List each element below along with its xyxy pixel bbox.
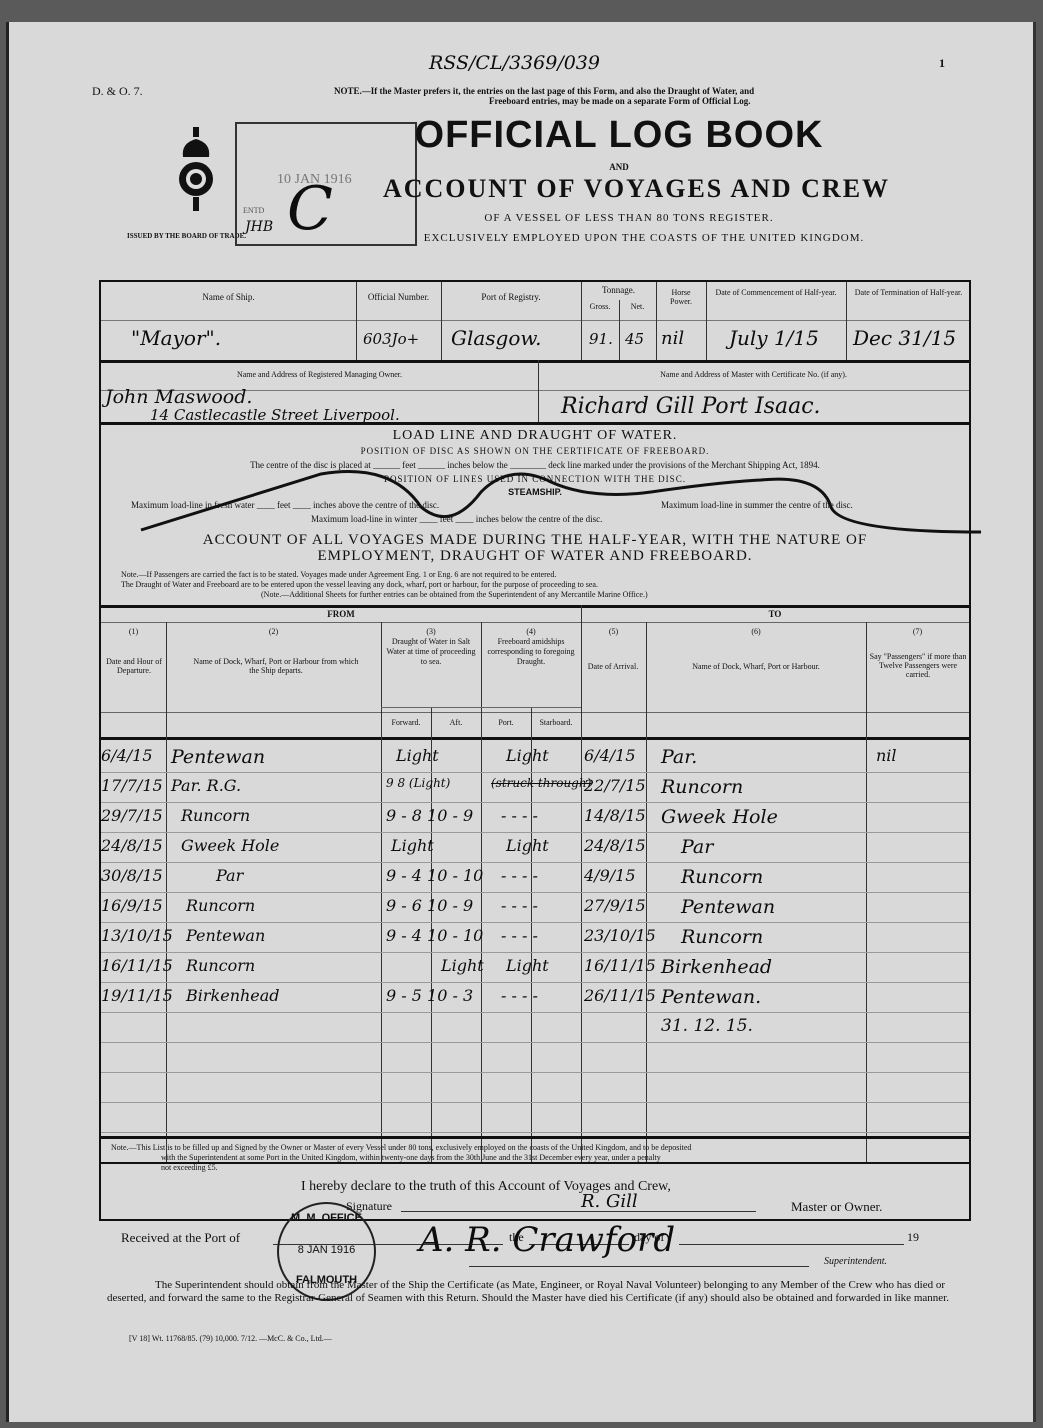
cell-departure: 24/8/15 xyxy=(101,836,163,855)
cell-from: Runcorn xyxy=(186,896,255,915)
cell-arrival: 27/9/15 xyxy=(584,896,646,915)
received-label: Received at the Port of xyxy=(121,1230,240,1246)
header-to-port: Name of Dock, Wharf, Port or Harbour. xyxy=(661,662,851,671)
label-horse-power: Horse Power. xyxy=(661,288,701,306)
page-title: OFFICIAL LOG BOOK xyxy=(369,114,869,157)
cell-arrival: 16/11/15 xyxy=(584,956,656,975)
col-number-6: (6) xyxy=(646,627,866,636)
superintendent-line xyxy=(469,1266,809,1267)
owner-name: John Maswood. xyxy=(105,388,400,406)
master-or-owner: Master or Owner. xyxy=(791,1199,882,1215)
cell-departure: 30/8/15 xyxy=(101,866,163,885)
cell-freeboard: - - - - xyxy=(501,926,538,945)
label-owner: Name and Address of Registered Managing … xyxy=(101,370,538,379)
cell-draught: 9 - 5 10 - 3 xyxy=(386,986,473,1005)
cell-to: Pentewan. xyxy=(661,986,761,1008)
owner-address: 14 Castlecastle Street Liverpool. xyxy=(105,406,400,424)
cell-passengers: nil xyxy=(876,746,897,765)
cell-arrival: 23/10/15 xyxy=(584,926,656,945)
value-official-number: 603Jo+ xyxy=(363,330,419,348)
header-note-line-1: NOTE.—If the Master prefers it, the entr… xyxy=(334,86,954,96)
label-net: Net. xyxy=(619,302,656,311)
cell-draught: 9 - 6 10 - 9 xyxy=(386,896,473,915)
group-from: FROM xyxy=(101,609,581,619)
royal-crest-icon xyxy=(177,127,215,222)
footer-note-3: not exceeding £5. xyxy=(111,1163,961,1173)
superintendent-label: Superintendent. xyxy=(824,1256,887,1267)
closing-date: 31. 12. 15. xyxy=(661,1016,753,1036)
label-gross: Gross. xyxy=(581,302,619,311)
cell-arrival: 26/11/15 xyxy=(584,986,656,1005)
account-note-2: The Draught of Water and Freeboard are t… xyxy=(121,580,961,590)
cell-freeboard: - - - - xyxy=(501,806,538,825)
value-net: 45 xyxy=(625,330,644,348)
printer-imprint: [V 18] Wt. 11768/85. (79) 10,000. 7/12. … xyxy=(129,1334,332,1343)
cell-from: Par. R.G. xyxy=(171,776,241,795)
cell-departure: 16/11/15 xyxy=(101,956,173,975)
col-number-2: (2) xyxy=(166,627,381,636)
col-number-5: (5) xyxy=(581,627,646,636)
account-note-1: Note.—If Passengers are carried the fact… xyxy=(121,570,961,580)
account-title-line-1: ACCOUNT OF ALL VOYAGES MADE DURING THE H… xyxy=(101,532,969,548)
cell-from: Par xyxy=(216,866,243,885)
cell-arrival: 14/8/15 xyxy=(584,806,646,825)
group-to: TO xyxy=(581,609,969,619)
cell-from: Pentewan xyxy=(186,926,265,945)
header-draught: Draught of Water in Salt Water at time o… xyxy=(383,637,479,667)
value-master: Richard Gill Port Isaac. xyxy=(561,394,821,419)
signature-line xyxy=(401,1211,756,1212)
subtitle-line-1: OF A VESSEL OF LESS THAN 80 TONS REGISTE… xyxy=(419,212,839,224)
cell-to: Par xyxy=(681,836,713,858)
cell-freeboard: Light xyxy=(506,836,549,855)
cell-freeboard: - - - - xyxy=(501,986,538,1005)
cell-to: Runcorn xyxy=(681,926,763,948)
cell-from: Gweek Hole xyxy=(181,836,279,855)
page-subtitle: ACCOUNT OF VOYAGES AND CREW xyxy=(334,174,939,204)
header-port: Port. xyxy=(481,718,531,727)
superintendent-instructions: The Superintendent should obtain from th… xyxy=(107,1279,967,1305)
page-number: 1 xyxy=(939,56,945,71)
cell-to: Runcorn xyxy=(681,866,763,888)
cell-from: Pentewan xyxy=(171,746,265,768)
label-official-number: Official Number. xyxy=(356,292,441,302)
cell-freeboard: - - - - xyxy=(501,896,538,915)
label-termination: Date of Termination of Half-year. xyxy=(851,288,966,297)
label-master: Name and Address of Master with Certific… xyxy=(538,370,969,379)
label-ship-name: Name of Ship. xyxy=(101,292,356,302)
label-port-of-registry: Port of Registry. xyxy=(441,292,581,302)
value-port-of-registry: Glasgow. xyxy=(451,326,542,350)
signature-value: R. Gill xyxy=(581,1191,638,1212)
received-month-line xyxy=(679,1244,904,1245)
cell-departure: 17/7/15 xyxy=(101,776,163,795)
account-note-3: (Note.—Additional Sheets for further ent… xyxy=(121,590,961,600)
form-box: Name of Ship. Official Number. Port of R… xyxy=(99,280,971,1164)
account-notes: Note.—If Passengers are carried the fact… xyxy=(121,570,961,600)
col-number-4: (4) xyxy=(481,627,581,636)
cell-arrival: 24/8/15 xyxy=(584,836,646,855)
header-departure: Date and Hour of Departure. xyxy=(105,657,163,675)
form-code: D. & O. 7. xyxy=(92,84,143,99)
account-title-line-2: EMPLOYMENT, DRAUGHT OF WATER AND FREEBOA… xyxy=(101,548,969,564)
header-starboard: Starboard. xyxy=(531,718,581,727)
cell-to: Gweek Hole xyxy=(661,806,778,828)
value-owner: John Maswood. 14 Castlecastle Street Liv… xyxy=(105,388,400,424)
cell-draught: Light xyxy=(441,956,484,975)
cell-freeboard: Light xyxy=(506,956,549,975)
cell-to: Birkenhead xyxy=(661,956,772,978)
footer-note: Note.—This List is to be filled up and S… xyxy=(111,1143,961,1173)
superintendent-signature: A. R. Crawford xyxy=(419,1220,675,1260)
header-arrival: Date of Arrival. xyxy=(583,662,643,671)
cell-draught: 9 - 8 10 - 9 xyxy=(386,806,473,825)
label-commencement: Date of Commencement of Half-year. xyxy=(711,288,841,297)
cancel-scribble-icon xyxy=(121,452,981,542)
header-note: NOTE.—If the Master prefers it, the entr… xyxy=(334,86,954,106)
stamp-date-text: 8 JAN 1916 xyxy=(279,1244,374,1256)
footer-note-2: with the Superintendent at some Port in … xyxy=(111,1153,961,1163)
load-line-title: LOAD LINE AND DRAUGHT OF WATER. xyxy=(101,428,969,444)
cell-to: Runcorn xyxy=(661,776,743,798)
stamp-office-text: M. M. OFFICE xyxy=(279,1212,374,1224)
col-number-7: (7) xyxy=(866,627,969,636)
declaration-box: Note.—This List is to be filled up and S… xyxy=(99,1136,971,1221)
value-horse-power: nil xyxy=(661,328,684,349)
cell-draught: 9 - 4 10 - 10 xyxy=(386,926,483,945)
cell-departure: 6/4/15 xyxy=(101,746,153,765)
cell-from: Birkenhead xyxy=(186,986,280,1005)
stamp-mark: C xyxy=(287,174,333,244)
cell-departure: 16/9/15 xyxy=(101,896,163,915)
header-aft: Aft. xyxy=(431,718,481,727)
header-forward: Forward. xyxy=(381,718,431,727)
cell-departure: 29/7/15 xyxy=(101,806,163,825)
header-note-line-2: Freeboard entries, may be made on a sepa… xyxy=(334,96,954,106)
value-termination: Dec 31/15 xyxy=(853,326,956,350)
cell-to: Pentewan xyxy=(681,896,775,918)
subtitle-line-2: EXCLUSIVELY EMPLOYED UPON THE COASTS OF … xyxy=(364,232,924,244)
cell-arrival: 4/9/15 xyxy=(584,866,636,885)
header-passengers: Say "Passengers" if more than Twelve Pas… xyxy=(869,652,967,679)
cell-freeboard: Light xyxy=(506,746,549,765)
cell-from: Runcorn xyxy=(186,956,255,975)
col-number-3: (3) xyxy=(381,627,481,636)
received-year: 19 xyxy=(907,1230,919,1245)
stamp-initials: JHB xyxy=(245,219,273,235)
value-ship-name: "Mayor". xyxy=(131,326,221,350)
cell-arrival: 22/7/15 xyxy=(584,776,646,795)
cell-departure: 13/10/15 xyxy=(101,926,173,945)
cell-draught: Light xyxy=(391,836,434,855)
cell-freeboard: (struck through) xyxy=(491,776,591,790)
account-title: ACCOUNT OF ALL VOYAGES MADE DURING THE H… xyxy=(101,532,969,564)
header-freeboard: Freeboard amidships corresponding to for… xyxy=(483,637,579,667)
cell-draught: 9 - 4 10 - 10 xyxy=(386,866,483,885)
received-stamp-label: ENTD xyxy=(243,206,264,215)
cell-draught: 9 8 (Light) xyxy=(386,776,450,790)
value-gross: 91. xyxy=(589,330,613,348)
footer-note-1: Note.—This List is to be filled up and S… xyxy=(111,1143,961,1153)
label-tonnage: Tonnage. xyxy=(581,285,656,295)
log-book-page: RSS/CL/3369/039 D. & O. 7. 1 NOTE.—If th… xyxy=(6,22,1036,1422)
issued-by: ISSUED BY THE BOARD OF TRADE. xyxy=(127,232,246,240)
archive-reference: RSS/CL/3369/039 xyxy=(429,52,600,74)
cell-freeboard: - - - - xyxy=(501,866,538,885)
cell-departure: 19/11/15 xyxy=(101,986,173,1005)
cell-arrival: 6/4/15 xyxy=(584,746,636,765)
cell-draught: Light xyxy=(396,746,439,765)
title-and: AND xyxy=(569,162,669,172)
header-from-port: Name of Dock, Wharf, Port or Harbour fro… xyxy=(191,657,361,675)
value-commencement: July 1/15 xyxy=(729,326,819,350)
cell-to: Par. xyxy=(661,746,697,768)
cell-from: Runcorn xyxy=(181,806,250,825)
col-number-1: (1) xyxy=(101,627,166,636)
